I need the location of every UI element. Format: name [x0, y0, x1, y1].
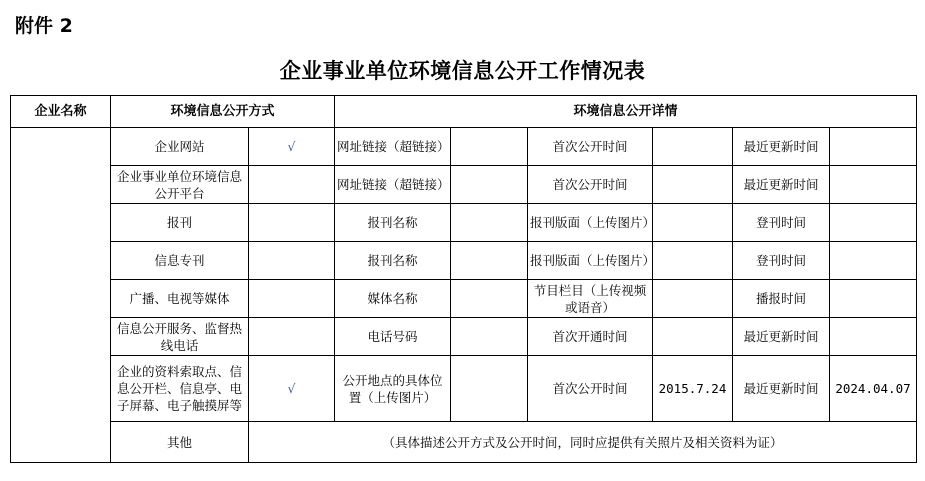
- table-row: 企业事业单位环境信息公开平台 网址链接（超链接） 首次公开时间 最近更新时间: [11, 166, 917, 204]
- detail-value-cell[interactable]: [451, 128, 528, 166]
- method-label: 企业事业单位环境信息公开平台: [111, 166, 249, 204]
- detail-label: 电话号码: [335, 318, 451, 356]
- detail-label: 公开地点的具体位置（上传图片）: [335, 356, 451, 422]
- time1-value-cell[interactable]: [653, 280, 733, 318]
- detail-label: 网址链接（超链接）: [335, 128, 451, 166]
- time2-value-cell[interactable]: [830, 204, 917, 242]
- time2-value-cell[interactable]: [830, 318, 917, 356]
- detail-value-cell[interactable]: [451, 166, 528, 204]
- detail-value-cell[interactable]: [451, 242, 528, 280]
- time2-label: 最近更新时间: [733, 128, 830, 166]
- time1-label: 报刊版面（上传图片）: [528, 242, 653, 280]
- page-title: 企业事业单位环境信息公开工作情况表: [0, 55, 925, 85]
- detail-value-cell[interactable]: [451, 204, 528, 242]
- method-label: 企业的资料索取点、信息公开栏、信息亭、电子屏幕、电子触摸屏等: [111, 356, 249, 422]
- time1-value-cell[interactable]: [653, 166, 733, 204]
- method-label: 信息公开服务、监督热线电话: [111, 318, 249, 356]
- time1-value-cell[interactable]: [653, 318, 733, 356]
- time2-value-cell[interactable]: [830, 166, 917, 204]
- time1-label: 报刊版面（上传图片）: [528, 204, 653, 242]
- method-check-cell[interactable]: [249, 318, 335, 356]
- method-label: 报刊: [111, 204, 249, 242]
- detail-value-cell[interactable]: [451, 356, 528, 422]
- table-row: 企业网站 √ 网址链接（超链接） 首次公开时间 最近更新时间: [11, 128, 917, 166]
- time1-label: 首次公开时间: [528, 356, 653, 422]
- method-check-cell[interactable]: √: [249, 128, 335, 166]
- time2-value-cell[interactable]: 2024.04.07: [830, 356, 917, 422]
- table-row: 企业的资料索取点、信息公开栏、信息亭、电子屏幕、电子触摸屏等 √ 公开地点的具体…: [11, 356, 917, 422]
- other-note-cell[interactable]: （具体描述公开方式及公开时间，同时应提供有关照片及相关资料为证）: [249, 422, 917, 463]
- time2-value-cell[interactable]: [830, 128, 917, 166]
- method-label: 广播、电视等媒体: [111, 280, 249, 318]
- time2-label: 最近更新时间: [733, 356, 830, 422]
- method-label: 信息专刊: [111, 242, 249, 280]
- detail-value-cell[interactable]: [451, 318, 528, 356]
- table-row-other: 其他 （具体描述公开方式及公开时间，同时应提供有关照片及相关资料为证）: [11, 422, 917, 463]
- time1-value-cell[interactable]: 2015.7.24: [653, 356, 733, 422]
- time2-label: 最近更新时间: [733, 318, 830, 356]
- detail-label: 报刊名称: [335, 242, 451, 280]
- method-check-cell[interactable]: [249, 280, 335, 318]
- time2-label: 播报时间: [733, 280, 830, 318]
- method-check-cell[interactable]: [249, 242, 335, 280]
- time2-value-cell[interactable]: [830, 280, 917, 318]
- time2-label: 最近更新时间: [733, 166, 830, 204]
- table-row: 信息专刊 报刊名称 报刊版面（上传图片） 登刊时间: [11, 242, 917, 280]
- header-company-name: 企业名称: [11, 96, 111, 128]
- time1-value-cell[interactable]: [653, 128, 733, 166]
- detail-label: 报刊名称: [335, 204, 451, 242]
- attachment-label: 附件 2: [15, 11, 73, 38]
- detail-value-cell[interactable]: [451, 280, 528, 318]
- method-check-cell[interactable]: [249, 204, 335, 242]
- time1-label: 节目栏目（上传视频或语音）: [528, 280, 653, 318]
- time1-label: 首次开通时间: [528, 318, 653, 356]
- detail-label: 媒体名称: [335, 280, 451, 318]
- method-label: 企业网站: [111, 128, 249, 166]
- time2-label: 登刊时间: [733, 242, 830, 280]
- method-check-cell[interactable]: √: [249, 356, 335, 422]
- table-row: 广播、电视等媒体 媒体名称 节目栏目（上传视频或语音） 播报时间: [11, 280, 917, 318]
- method-label-other: 其他: [111, 422, 249, 463]
- time1-label: 首次公开时间: [528, 128, 653, 166]
- table-row: 信息公开服务、监督热线电话 电话号码 首次开通时间 最近更新时间: [11, 318, 917, 356]
- table-header-row: 企业名称 环境信息公开方式 环境信息公开详情: [11, 96, 917, 128]
- disclosure-table: 企业名称 环境信息公开方式 环境信息公开详情 企业网站 √ 网址链接（超链接） …: [10, 95, 917, 463]
- time1-label: 首次公开时间: [528, 166, 653, 204]
- table-row: 报刊 报刊名称 报刊版面（上传图片） 登刊时间: [11, 204, 917, 242]
- time2-value-cell[interactable]: [830, 242, 917, 280]
- header-disclosure-details: 环境信息公开详情: [335, 96, 917, 128]
- time1-value-cell[interactable]: [653, 242, 733, 280]
- time2-label: 登刊时间: [733, 204, 830, 242]
- method-check-cell[interactable]: [249, 166, 335, 204]
- header-disclosure-method: 环境信息公开方式: [111, 96, 335, 128]
- company-name-cell[interactable]: [11, 128, 111, 463]
- detail-label: 网址链接（超链接）: [335, 166, 451, 204]
- time1-value-cell[interactable]: [653, 204, 733, 242]
